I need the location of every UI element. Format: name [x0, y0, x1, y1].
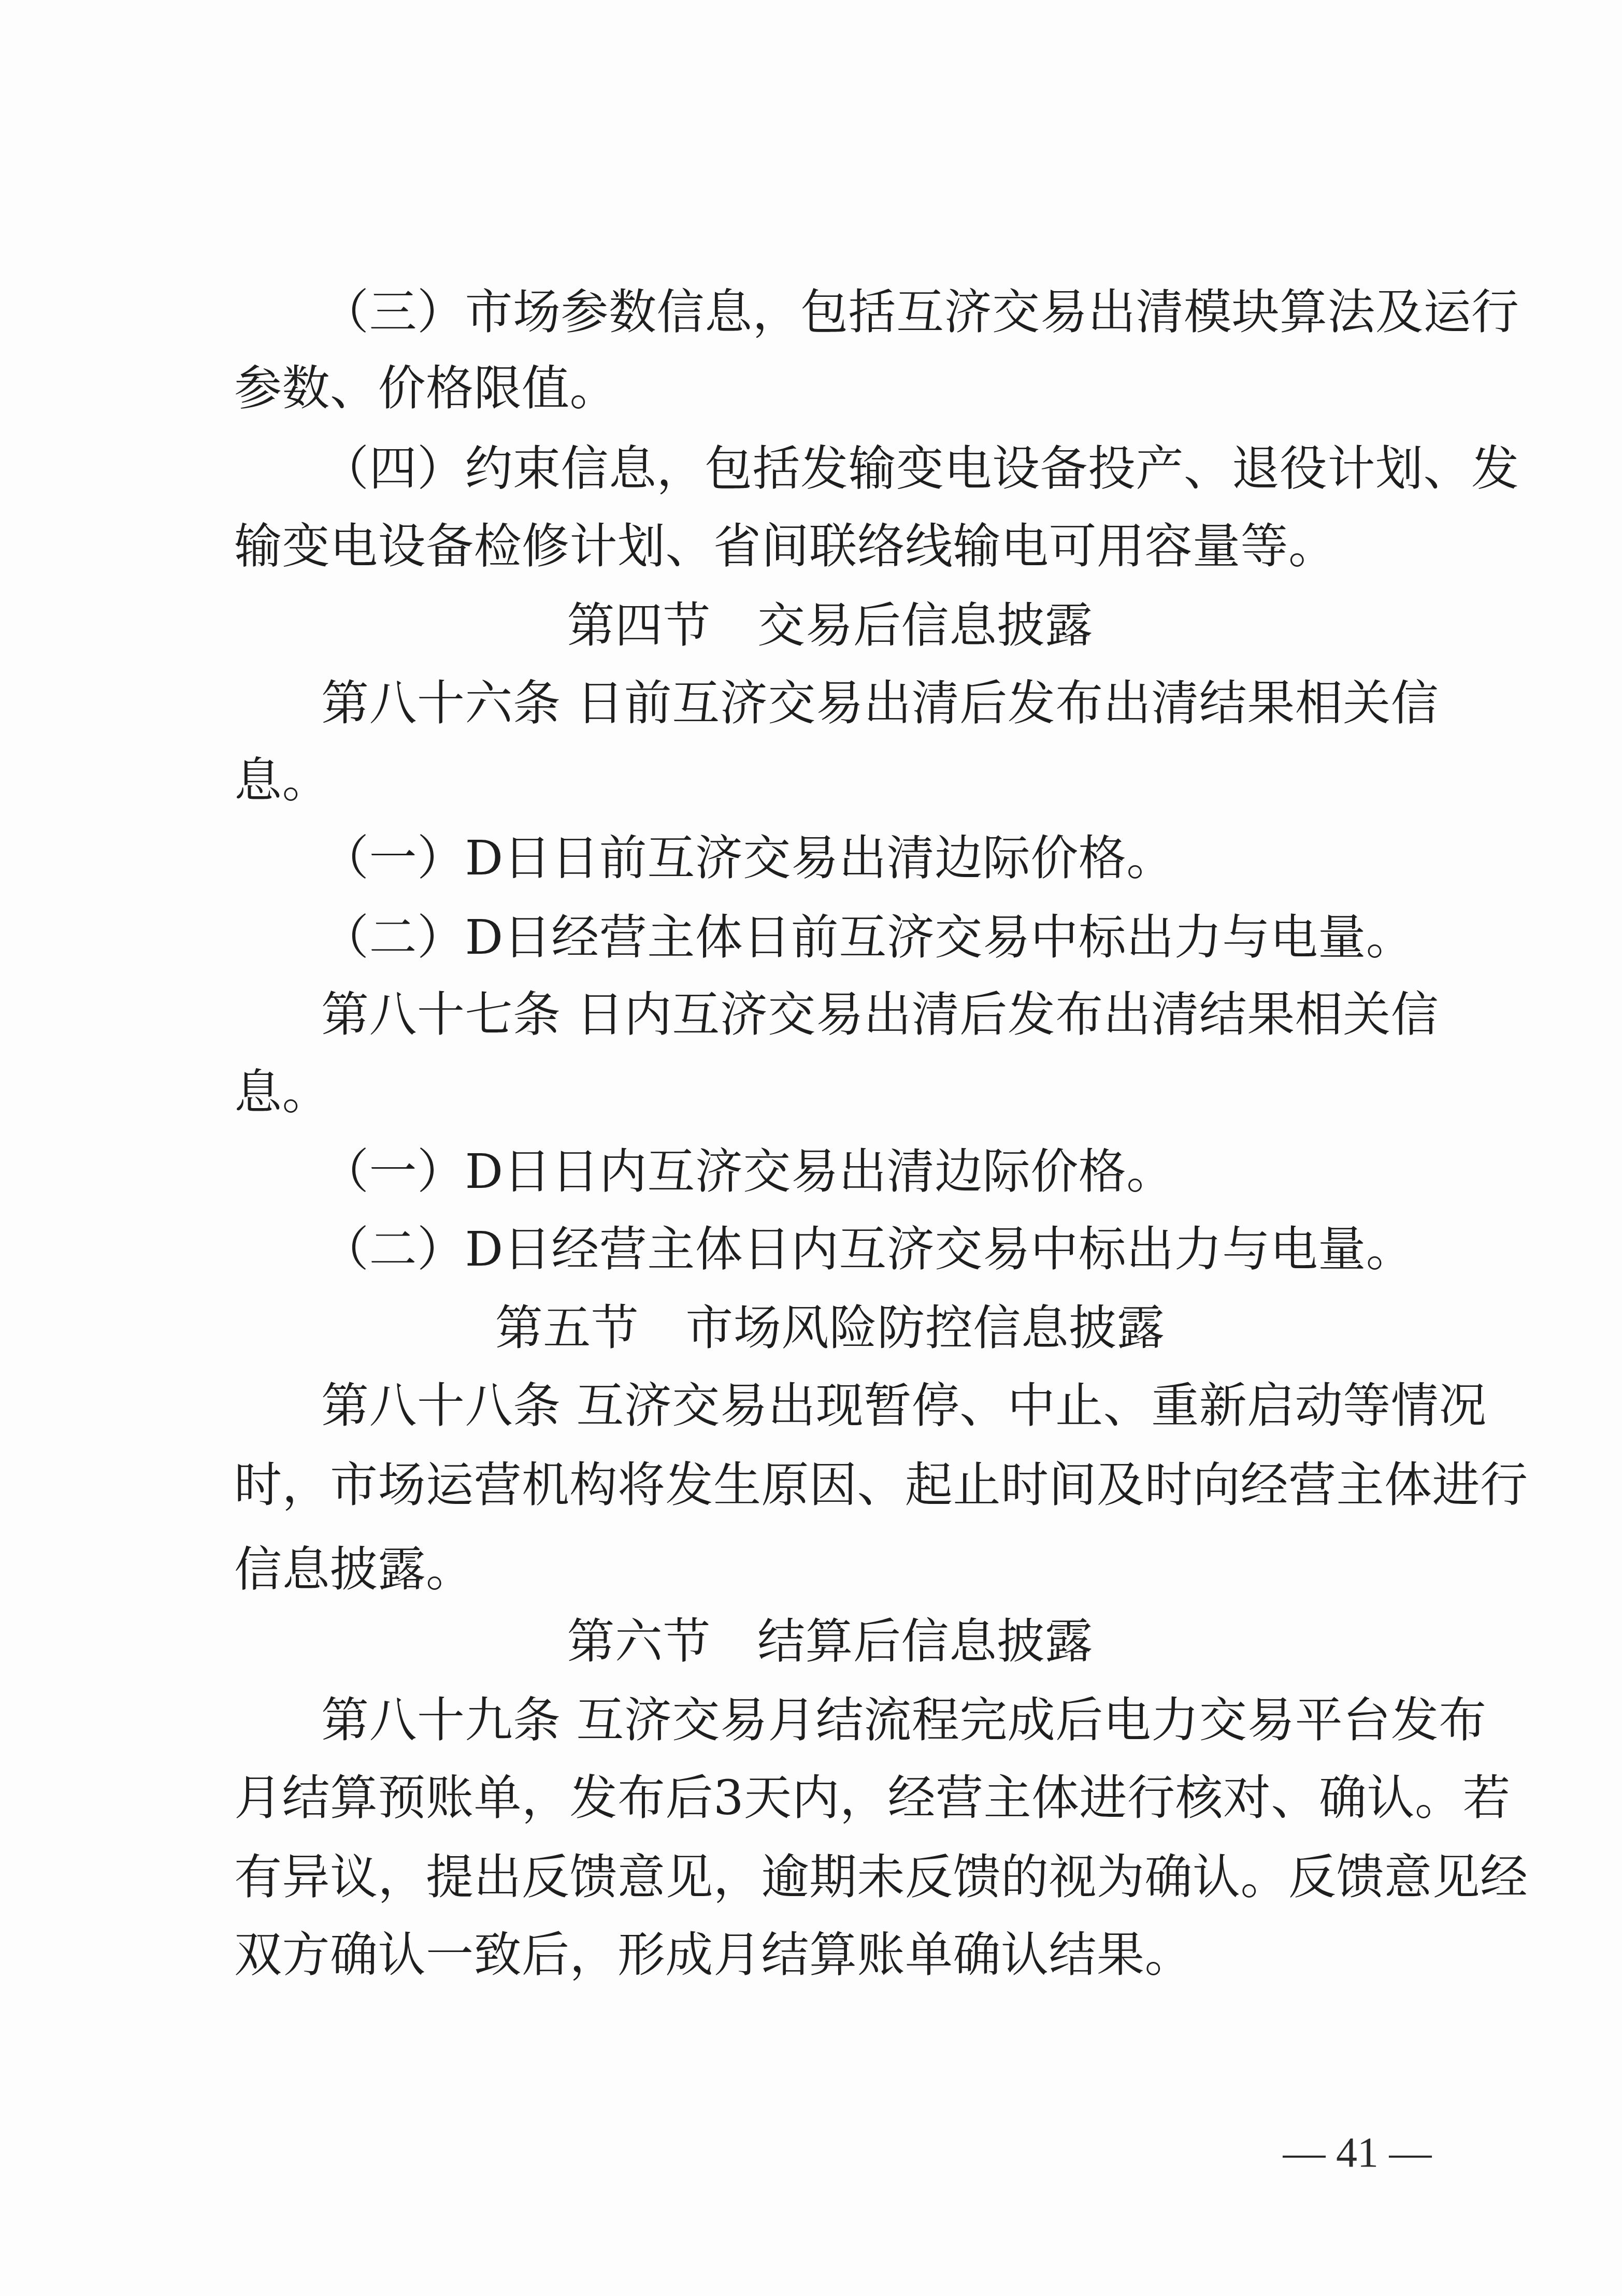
- section-heading-5: 第五节市场风险防控信息披露: [234, 1300, 1426, 1357]
- section-title: 交易后信息披露: [757, 598, 1093, 653]
- article-87-item2: （二）D日经营主体日内互济交易中标出力与电量。: [321, 1221, 1426, 1278]
- paragraph-market-params-line2: 参数、价格限值。: [234, 360, 1426, 417]
- article-89-line2: 月结算预账单，发布后3天内，经营主体进行核对、确认。若: [234, 1770, 1426, 1827]
- article-86-line1: 第八十六条 日前互济交易出清后发布出清结果相关信: [321, 675, 1426, 732]
- section-title: 结算后信息披露: [757, 1614, 1093, 1669]
- article-87-item1: （一）D日日内互济交易出清边际价格。: [321, 1143, 1426, 1200]
- section-heading-6: 第六节结算后信息披露: [234, 1613, 1426, 1670]
- paragraph-constraints-line1: （四）约束信息，包括发输变电设备投产、退役计划、发: [321, 440, 1426, 497]
- section-number: 第五节: [495, 1300, 639, 1356]
- section-title: 市场风险防控信息披露: [685, 1300, 1165, 1356]
- article-86-line2: 息。: [234, 752, 1426, 809]
- page-number: — 41 —: [1274, 2129, 1440, 2176]
- article-86-item1: （一）D日日前互济交易出清边际价格。: [321, 830, 1426, 887]
- article-89-line1: 第八十九条 互济交易月结流程完成后电力交易平台发布: [321, 1692, 1426, 1749]
- article-88-line2: 时，市场运营机构将发生原因、起止时间及时向经营主体进行: [234, 1457, 1426, 1514]
- article-89-line3: 有异议，提出反馈意见，逾期未反馈的视为确认。反馈意见经: [234, 1849, 1426, 1906]
- article-86-item2: （二）D日经营主体日前互济交易中标出力与电量。: [321, 909, 1426, 966]
- article-87-line1: 第八十七条 日内互济交易出清后发布出清结果相关信: [321, 986, 1426, 1043]
- section-number: 第六节: [567, 1614, 711, 1669]
- article-88-line1: 第八十八条 互济交易出现暂停、中止、重新启动等情况: [321, 1377, 1426, 1434]
- section-number: 第四节: [567, 598, 711, 653]
- article-89-line4: 双方确认一致后，形成月结算账单确认结果。: [234, 1927, 1426, 1984]
- article-87-line2: 息。: [234, 1064, 1426, 1121]
- article-88-line3: 信息披露。: [234, 1541, 1426, 1598]
- paragraph-constraints-line2: 输变电设备检修计划、省间联络线输电可用容量等。: [234, 518, 1322, 575]
- section-heading-4: 第四节交易后信息披露: [234, 597, 1426, 654]
- paragraph-market-params-line1: （三）市场参数信息，包括互济交易出清模块算法及运行: [321, 284, 1426, 341]
